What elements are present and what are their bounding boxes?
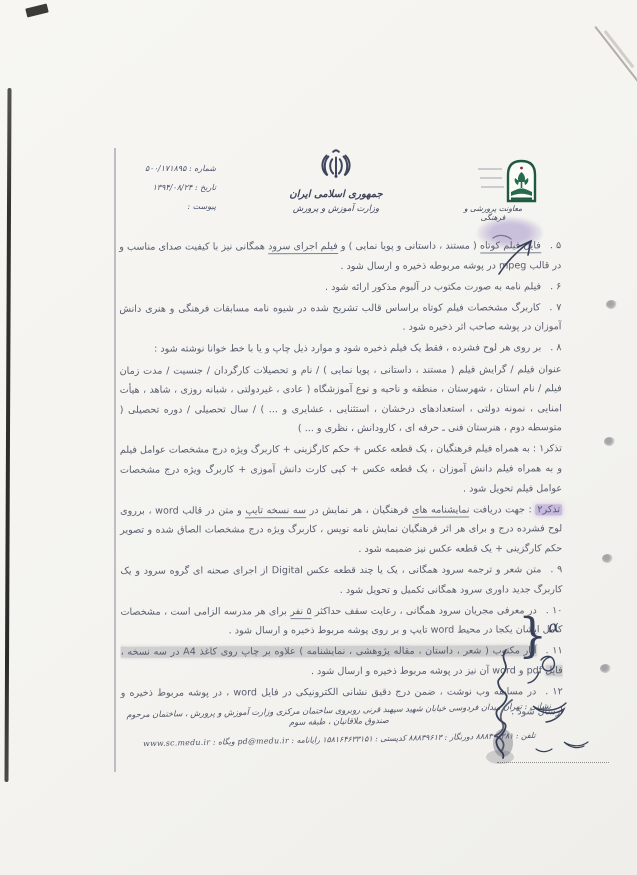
ministry-title: وزارت آموزش و پرورش bbox=[276, 204, 396, 214]
page-corner-crease bbox=[594, 26, 637, 82]
body-text: pdf و word آن نیز در پوشه مربوط ذخیره و … bbox=[311, 665, 545, 677]
staple-shadow bbox=[604, 437, 615, 446]
letter-item-3: ۷ .کاربرگ مشخصات فیلم کوتاه براساس قالب … bbox=[119, 298, 561, 339]
scan-left-border bbox=[4, 88, 11, 782]
body-text: : جهت دریافت bbox=[469, 504, 535, 515]
item-number: ۷ . bbox=[549, 302, 561, 313]
underlined-text: سه نسخه تایپ bbox=[245, 505, 306, 518]
item-number: ۵ . bbox=[550, 240, 561, 251]
republic-title: جمهوری اسلامی ایران bbox=[276, 189, 396, 200]
letter-item-9: ۱۰ .در معرفی مجریان سرود همگانی ، رعایت … bbox=[120, 601, 562, 642]
letter-item-6: تذکر۱ : به همراه فیلم فرهنگیان ، یک قطعه… bbox=[120, 440, 562, 500]
letter-body-text: ۵ .فایل فیلم کوتاه ( مستند ، داستانی و پ… bbox=[119, 236, 563, 724]
letter-attachment-label: پیوست : bbox=[187, 202, 216, 211]
staple-shadow bbox=[600, 664, 611, 673]
body-text: در معرفی مجریان سرود همگانی ، رعایت سقف … bbox=[312, 605, 537, 617]
body-text: فیلم نامه به صورت مکتوب در آلبوم مذکور ا… bbox=[325, 281, 541, 293]
letterhead-center: جمهوری اسلامی ایران وزارت آموزش و پرورش bbox=[276, 148, 396, 214]
body-text: متن شعر و ترجمه سرود همگانی ، یک یا چند … bbox=[120, 564, 562, 595]
footer-contact-line: تلفن : ۸۸۸۳۰۰۲۸۱ دورنگار : ۸۸۸۳۹۶۱۳ کدپس… bbox=[116, 730, 562, 748]
staple-shadow bbox=[602, 554, 613, 563]
item-number: ۱۰ . bbox=[546, 605, 563, 616]
moavenat-parvareshi-logo-icon bbox=[505, 158, 538, 204]
letter-item-2: ۶ .فیلم نامه به صورت مکتوب در آلبوم مذکو… bbox=[119, 277, 561, 298]
item-number: ۱۲ . bbox=[545, 686, 563, 697]
letter-item-5: عنوان فیلم / گرایش فیلم ( مستند ، داستان… bbox=[120, 360, 562, 440]
scanned-document-page: شماره : ۵۰۰/۱۷۱۸۹۵ تاریخ : ۱۳۹۴/۰۸/۲۴ پی… bbox=[0, 0, 637, 875]
letter-number-value: ۵۰۰/۱۷۱۸۹۵ bbox=[145, 164, 186, 173]
handwritten-alpha-mark: α bbox=[547, 616, 560, 636]
item-number: ۱۱ . bbox=[546, 646, 563, 657]
underlined-text: فایل فیلم کوتاه bbox=[480, 240, 541, 253]
signature-dotted-line bbox=[497, 762, 609, 763]
staple-shadow bbox=[606, 300, 617, 309]
allah-emblem-iran-icon bbox=[317, 148, 355, 182]
dept-logo bbox=[505, 158, 538, 208]
letter-item-10: ۱۱ .آثار مکتوب ( شعر ، داستان ، مقاله پژ… bbox=[121, 642, 563, 683]
letter-number-row: شماره : ۵۰۰/۱۷۱۸۹۵ bbox=[126, 164, 216, 173]
handwritten-brace-mark: } bbox=[518, 607, 547, 662]
underlined-text: نمایشنامه های bbox=[412, 504, 470, 517]
letter-item-8: ۹ .متن شعر و ترجمه سرود همگانی ، یک یا چ… bbox=[120, 560, 562, 601]
item-number: ۸ . bbox=[550, 343, 561, 354]
page-corner-crease-faint bbox=[604, 30, 635, 68]
body-text: تذکر۱ : به همراه فیلم فرهنگیان ، یک قطعه… bbox=[120, 444, 562, 495]
letter-meta-block: شماره : ۵۰۰/۱۷۱۸۹۵ تاریخ : ۱۳۹۴/۰۸/۲۴ پی… bbox=[126, 164, 216, 221]
faint-stamp-line bbox=[480, 177, 502, 179]
body-text: فرهنگیان ، هر نمایش در bbox=[306, 504, 412, 515]
body-text: بر روی هر لوح فشرده ، فقط یک فیلم ذخیره … bbox=[154, 343, 541, 355]
underlined-text: فیلم اجرای سرود bbox=[268, 241, 338, 254]
body-text: عنوان فیلم / گرایش فیلم ( مستند ، داستان… bbox=[120, 364, 562, 435]
letter-date-value: ۱۳۹۴/۰۸/۲۴ bbox=[153, 183, 193, 192]
scan-corner-mark bbox=[25, 3, 49, 17]
underlined-text: ۵ نفر bbox=[290, 606, 311, 619]
body-text: کاربرگ مشخصات فیلم کوتاه براساس قالب تشر… bbox=[119, 302, 561, 333]
faint-stamp-line bbox=[478, 168, 502, 170]
highlighted-text: تذکر۲ bbox=[535, 504, 562, 515]
photocopy-fold-line bbox=[114, 148, 116, 772]
letter-item-1: ۵ .فایل فیلم کوتاه ( مستند ، داستانی و پ… bbox=[119, 236, 561, 277]
letter-date-row: تاریخ : ۱۳۹۴/۰۸/۲۴ bbox=[126, 183, 216, 192]
footer-handwritten-initials bbox=[536, 742, 588, 752]
letter-item-7: تذکر۲ : جهت دریافت نمایشنامه های فرهنگیا… bbox=[120, 500, 562, 560]
letter-attachment-row: پیوست : bbox=[126, 202, 216, 211]
body-text: ( مستند ، داستانی و پویا نمایی ) و bbox=[338, 241, 480, 252]
letter-number-label: شماره : bbox=[189, 164, 216, 173]
letter-footer: نشانی : تهران میدان فردوسی خیابان شهید س… bbox=[116, 700, 563, 748]
letter-date-label: تاریخ : bbox=[195, 183, 216, 192]
item-number: ۹ . bbox=[550, 564, 562, 575]
faint-stamp-line bbox=[481, 186, 504, 188]
item-number: ۶ . bbox=[550, 281, 561, 292]
letter-item-4: ۸ .بر روی هر لوح فشرده ، فقط یک فیلم ذخی… bbox=[120, 339, 562, 360]
